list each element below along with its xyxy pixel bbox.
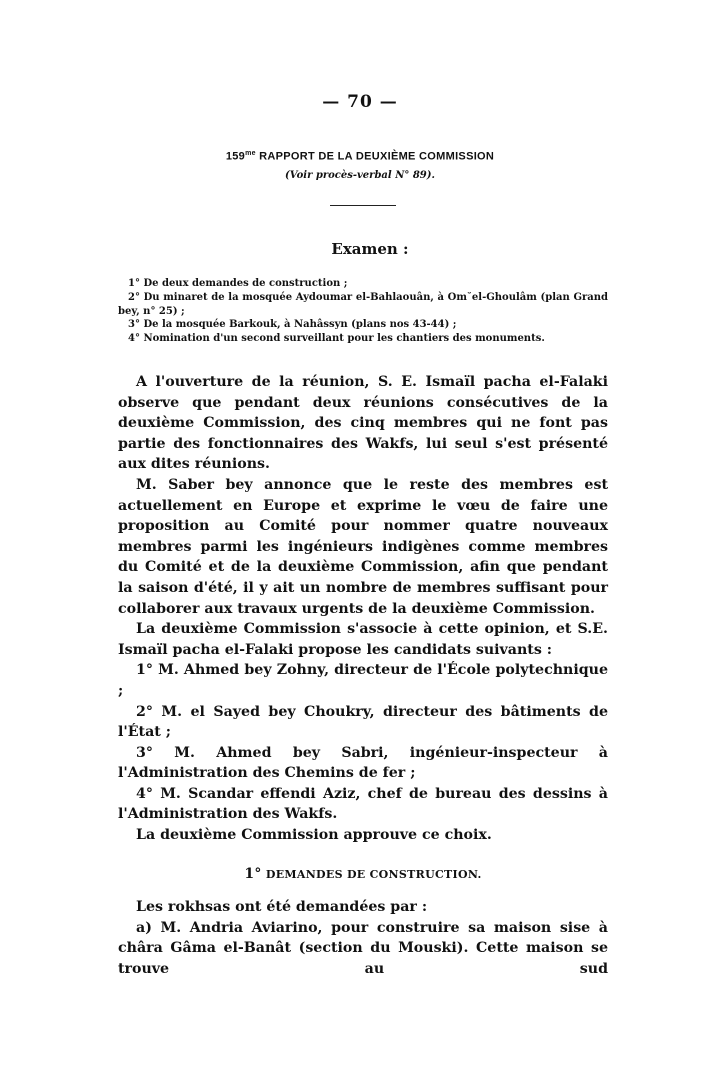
candidate-item: 4° M. Scandar effendi Aziz, chef de bure… bbox=[118, 784, 608, 825]
exam-heading: Examen : bbox=[0, 240, 720, 258]
paragraph-opening: A l'ouverture de la réunion, S. E. Ismaï… bbox=[118, 372, 608, 475]
section-heading: 1° DEMANDES DE CONSTRUCTION. bbox=[118, 864, 608, 886]
candidate-item: 1° M. Ahmed bey Zohny, directeur de l'Éc… bbox=[118, 660, 608, 701]
section-number: 1° bbox=[244, 866, 261, 882]
paragraph-candidates-intro: La deuxième Commission s'associe à cette… bbox=[118, 619, 608, 660]
agenda-item: 1° De deux demandes de construction ; bbox=[118, 277, 608, 291]
report-number: 159 bbox=[226, 151, 245, 163]
report-subtitle: (Voir procès-verbal N° 89). bbox=[0, 170, 720, 181]
agenda-item: 2° Du minaret de la mosquée Aydoumar el-… bbox=[118, 291, 608, 319]
paragraph-saber-bey: M. Saber bey annonce que le reste des me… bbox=[118, 475, 608, 619]
paragraph-request-a: a) M. Andria Aviarino, pour construire s… bbox=[118, 918, 608, 980]
candidate-item: 2° M. el Sayed bey Choukry, directeur de… bbox=[118, 702, 608, 743]
page-number: — 70 — bbox=[0, 92, 720, 112]
report-title: 159me RAPPORT DE LA DEUXIÈME COMMISSION bbox=[0, 150, 720, 163]
report-title-text: RAPPORT DE LA DEUXIÈME COMMISSION bbox=[256, 151, 494, 163]
body-text: A l'ouverture de la réunion, S. E. Ismaï… bbox=[118, 372, 608, 980]
paragraph-approval: La deuxième Commission approuve ce choix… bbox=[118, 825, 608, 846]
section-title: DEMANDES DE CONSTRUCTION. bbox=[262, 868, 482, 881]
report-number-suffix: me bbox=[245, 150, 256, 157]
agenda-item: 3° De la mosquée Barkouk, à Nahâssyn (pl… bbox=[118, 318, 608, 332]
agenda-list: 1° De deux demandes de construction ; 2°… bbox=[118, 277, 608, 346]
candidate-item: 3° M. Ahmed bey Sabri, ingénieur-inspect… bbox=[118, 743, 608, 784]
divider-rule bbox=[330, 205, 396, 206]
paragraph-rokhsas: Les rokhsas ont été demandées par : bbox=[118, 897, 608, 918]
agenda-item: 4° Nomination d'un second surveillant po… bbox=[118, 332, 608, 346]
